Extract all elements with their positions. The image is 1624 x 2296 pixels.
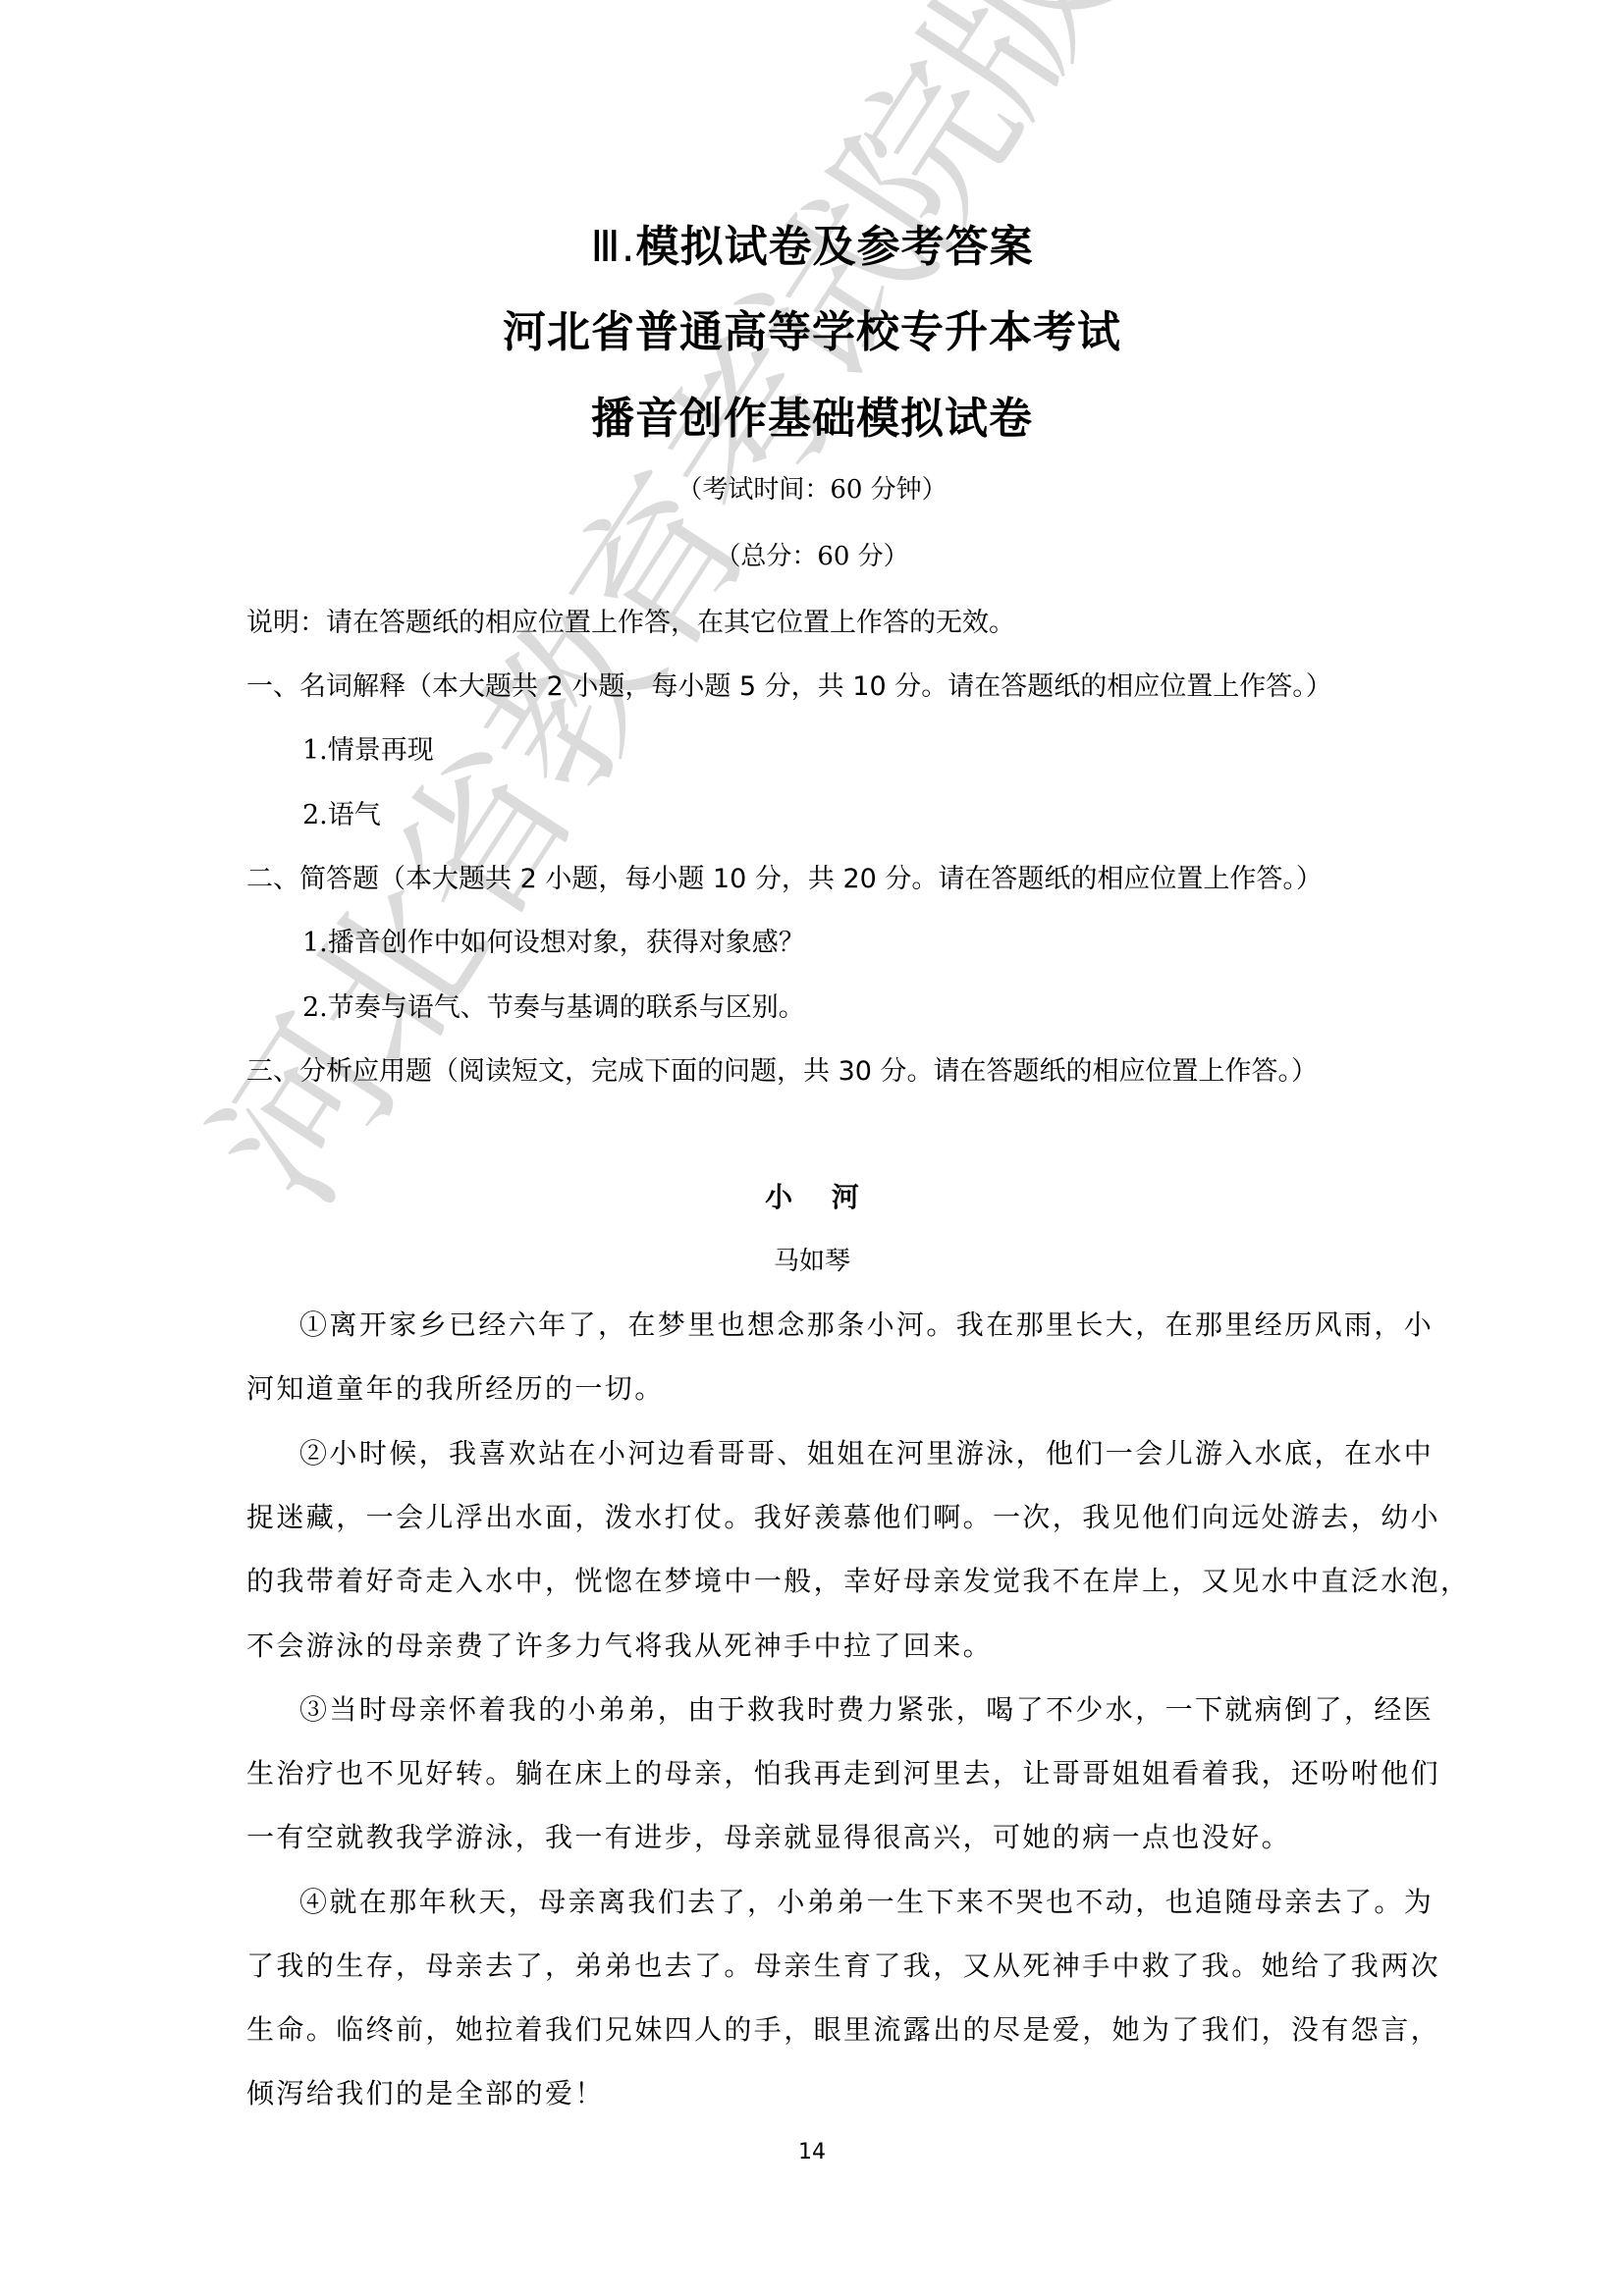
question-item: 1.情景再现 bbox=[302, 728, 434, 767]
document-page: 河北省教育考试院版权所有 Ⅲ.模拟试卷及参考答案 河北省普通高等学校专升本考试 … bbox=[0, 0, 1624, 2296]
instructions: 说明：请在答题纸的相应位置上作答，在其它位置上作答的无效。 bbox=[246, 601, 1015, 639]
page-content: Ⅲ.模拟试卷及参考答案 河北省普通高等学校专升本考试 播音创作基础模拟试卷 （考… bbox=[0, 0, 1624, 2296]
essay-line: 河知道童年的我所经历的一切。 bbox=[246, 1367, 1385, 1407]
essay-line: ①离开家乡已经六年了，在梦里也想念那条小河。我在那里长大，在那里经历风雨，小 bbox=[299, 1304, 1438, 1343]
essay-line: 一有空就教我学游泳，我一有进步，母亲就显得很高兴，可她的病一点也没好。 bbox=[246, 1816, 1385, 1855]
essay-line: 生命。临终前，她拉着我们兄妹四人的手，眼里流露出的尽是爱，她为了我们，没有怨言， bbox=[246, 2008, 1385, 2048]
essay-line: 的我带着好奇走入水中，恍惚在梦境中一般，幸好母亲发觉我不在岸上，又见水中直泛水泡… bbox=[246, 1560, 1385, 1599]
total-score: （总分：60 分） bbox=[0, 536, 1624, 572]
essay-line: 了我的生存，母亲去了，弟弟也去了。母亲生育了我，又从死神手中救了我。她给了我两次 bbox=[246, 1945, 1385, 1984]
essay-line: 生治疗也不见好转。躺在床上的母亲，怕我再走到河里去，让哥哥姐姐看着我，还吩咐他们 bbox=[246, 1752, 1385, 1791]
exam-title: 河北省普通高等学校专升本考试 bbox=[0, 296, 1624, 359]
essay-line: ④就在那年秋天，母亲离我们去了，小弟弟一生下来不哭也不动，也追随母亲去了。为 bbox=[299, 1881, 1438, 1920]
essay-line: 不会游泳的母亲费了许多力气将我从死神手中拉了回来。 bbox=[246, 1625, 1385, 1664]
section-title-text: 模拟试卷及参考答案 bbox=[636, 222, 1034, 272]
section-heading-2: 二、简答题（本大题共 2 小题，每小题 10 分，共 20 分。请在答题纸的相应… bbox=[246, 857, 1323, 895]
page-number: 14 bbox=[0, 2140, 1624, 2164]
question-item: 2.语气 bbox=[302, 793, 381, 831]
section-title: Ⅲ.模拟试卷及参考答案 bbox=[0, 211, 1624, 274]
question-item: 1.播音创作中如何设想对象，获得对象感？ bbox=[302, 921, 805, 959]
section-heading-3: 三、分析应用题（阅读短文，完成下面的问题，共 30 分。请在答题纸的相应位置上作… bbox=[246, 1049, 1318, 1088]
essay-author: 马如琴 bbox=[0, 1241, 1624, 1277]
paper-title: 播音创作基础模拟试卷 bbox=[0, 383, 1624, 446]
essay-title: 小 河 bbox=[0, 1176, 1624, 1215]
question-item: 2.节奏与语气、节奏与基调的联系与区别。 bbox=[302, 986, 805, 1024]
section-heading-1: 一、名词解释（本大题共 2 小题，每小题 5 分，共 10 分。请在答题纸的相应… bbox=[246, 665, 1332, 703]
exam-time: （考试时间：60 分钟） bbox=[0, 469, 1624, 506]
essay-line: ③当时母亲怀着我的小弟弟，由于救我时费力紧张，喝了不少水，一下就病倒了，经医 bbox=[299, 1688, 1438, 1728]
section-number: Ⅲ. bbox=[590, 222, 635, 272]
essay-line: 倾泻给我们的是全部的爱！ bbox=[246, 2072, 1385, 2111]
essay-line: 捉迷藏，一会儿浮出水面，泼水打仗。我好羡慕他们啊。一次，我见他们向远处游去，幼小 bbox=[246, 1496, 1385, 1535]
essay-line: ②小时候，我喜欢站在小河边看哥哥、姐姐在河里游泳，他们一会儿游入水底，在水中 bbox=[299, 1432, 1438, 1471]
